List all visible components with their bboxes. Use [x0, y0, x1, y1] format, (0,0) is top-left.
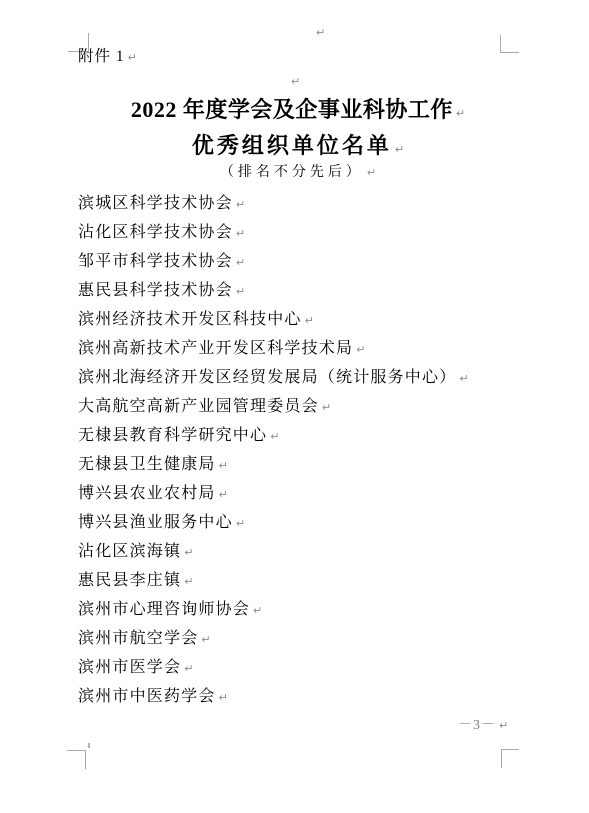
paragraph-mark-icon: ↵ — [267, 430, 279, 443]
list-item: 滨州市心理咨询师协会↵ — [78, 595, 538, 624]
organization-name: 博兴县农业农村局 — [78, 485, 216, 502]
paragraph-mark-icon: ↵ — [250, 604, 262, 617]
page-number-text: －3－ — [458, 718, 496, 733]
organization-list: 滨城区科学技术协会↵ 沾化区科学技术协会↵ 邹平市科学技术协会↵ 惠民县科学技术… — [78, 189, 538, 711]
paragraph-mark-icon: ↵ — [233, 256, 245, 269]
list-item: 滨州市航空学会↵ — [78, 624, 538, 653]
paragraph-mark-icon: ↵ — [316, 26, 325, 39]
list-item: 沾化区科学技术协会↵ — [78, 218, 538, 247]
organization-name: 邹平市科学技术协会 — [78, 253, 233, 270]
list-item: 滨州北海经济开发区经贸发展局（统计服务中心）↵ — [78, 363, 538, 392]
organization-name: 滨州经济技术开发区科技中心 — [78, 311, 302, 328]
document-page: ↵ ↵ 附件 1↵ 2022 年度学会及企事业科协工作↵ 优秀组织单位名单↵ （… — [0, 0, 589, 813]
paragraph-mark-icon: ↵ — [364, 166, 376, 179]
list-item: 邹平市科学技术协会↵ — [78, 247, 538, 276]
list-item: 无棣县教育科学研究中心↵ — [78, 421, 538, 450]
organization-name: 大高航空高新产业园管理委员会 — [78, 398, 319, 415]
organization-name: 滨州北海经济开发区经贸发展局（统计服务中心） — [78, 369, 456, 386]
paragraph-mark-icon: ↵ — [181, 662, 193, 675]
paragraph-mark-icon: ↵ — [233, 285, 245, 298]
list-item: 博兴县农业农村局↵ — [78, 479, 538, 508]
paragraph-mark-icon: ↵ — [198, 633, 210, 646]
paragraph-mark-icon: ↵ — [216, 488, 228, 501]
paragraph-mark-icon: ↵ — [181, 546, 193, 559]
list-item: 滨州市医学会↵ — [78, 653, 538, 682]
list-item: 大高航空高新产业园管理委员会↵ — [78, 392, 538, 421]
title-text: 优秀组织单位名单 — [192, 133, 392, 158]
organization-name: 沾化区科学技术协会 — [78, 224, 233, 241]
list-item: 惠民县李庄镇↵ — [78, 566, 538, 595]
paragraph-mark-icon: ↵ — [453, 107, 465, 120]
paragraph-mark-icon: ↵ — [233, 517, 245, 530]
footer-tick-mark — [88, 743, 90, 748]
organization-name: 滨州市心理咨询师协会 — [78, 601, 250, 618]
crop-mark-bottom-right-icon — [501, 749, 519, 768]
ranking-note: （排名不分先后）↵ — [78, 163, 518, 182]
list-item: 滨州高新技术产业开发区科学技术局↵ — [78, 334, 538, 363]
paragraph-mark-icon: ↵ — [392, 143, 404, 156]
paragraph-mark-icon: ↵ — [353, 343, 365, 356]
title-text: 2022 年度学会及企事业科协工作 — [131, 97, 453, 122]
organization-name: 惠民县科学技术协会 — [78, 282, 233, 299]
attachment-label: 附件 1 — [78, 48, 125, 65]
list-item: 沾化区滨海镇↵ — [78, 537, 538, 566]
paragraph-mark-icon: ↵ — [319, 401, 331, 414]
crop-mark-top-right-icon — [500, 35, 519, 53]
paragraph-mark-icon: ↵ — [291, 75, 300, 88]
crop-mark-bottom-left-icon — [67, 750, 86, 769]
organization-name: 无棣县教育科学研究中心 — [78, 427, 267, 444]
document-title-line-2: 优秀组织单位名单↵ — [78, 132, 518, 164]
paragraph-mark-icon: ↵ — [233, 198, 245, 211]
paragraph-mark-icon: ↵ — [216, 459, 228, 472]
page-number: －3－↵ — [458, 717, 508, 735]
list-item: 滨州市中医药学会↵ — [78, 682, 538, 711]
paragraph-mark-icon: ↵ — [456, 372, 468, 385]
attachment-label-line: 附件 1↵ — [78, 47, 137, 67]
organization-name: 滨州市航空学会 — [78, 630, 198, 647]
paragraph-mark-icon: ↵ — [496, 719, 508, 732]
paragraph-mark-icon: ↵ — [181, 575, 193, 588]
list-item: 滨州经济技术开发区科技中心↵ — [78, 305, 538, 334]
paragraph-mark-icon: ↵ — [233, 227, 245, 240]
list-item: 惠民县科学技术协会↵ — [78, 276, 538, 305]
ranking-note-text: （排名不分先后） — [220, 165, 364, 180]
paragraph-mark-icon: ↵ — [302, 314, 314, 327]
organization-name: 博兴县渔业服务中心 — [78, 514, 233, 531]
paragraph-mark-icon: ↵ — [216, 691, 228, 704]
organization-name: 沾化区滨海镇 — [78, 543, 181, 560]
organization-name: 无棣县卫生健康局 — [78, 456, 216, 473]
list-item: 滨城区科学技术协会↵ — [78, 189, 538, 218]
organization-name: 滨州高新技术产业开发区科学技术局 — [78, 340, 353, 357]
organization-name: 惠民县李庄镇 — [78, 572, 181, 589]
list-item: 无棣县卫生健康局↵ — [78, 450, 538, 479]
paragraph-mark-icon: ↵ — [125, 51, 137, 64]
organization-name: 滨州市中医药学会 — [78, 688, 216, 705]
list-item: 博兴县渔业服务中心↵ — [78, 508, 538, 537]
organization-name: 滨州市医学会 — [78, 659, 181, 676]
organization-name: 滨城区科学技术协会 — [78, 195, 233, 212]
document-title-line-1: 2022 年度学会及企事业科协工作↵ — [78, 96, 518, 128]
